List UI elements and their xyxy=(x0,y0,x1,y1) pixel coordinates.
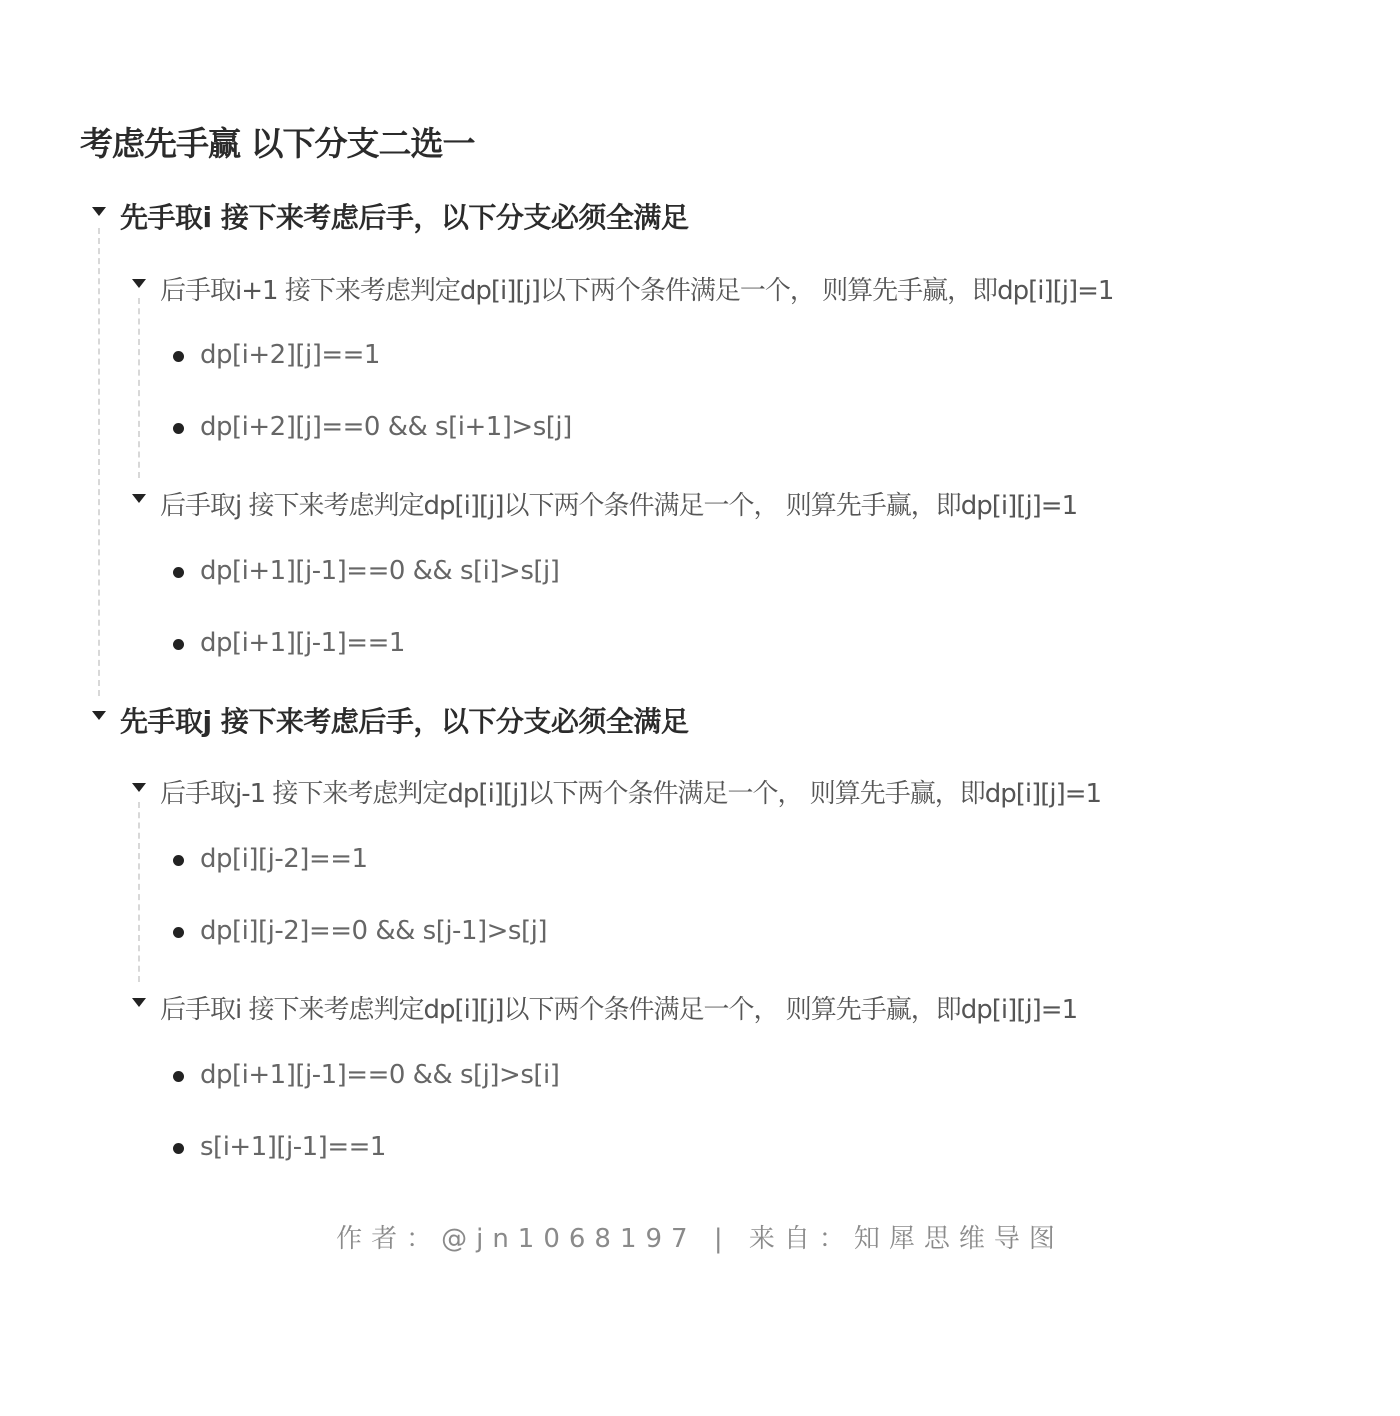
bullet-dot-icon xyxy=(173,927,184,938)
triangle-down-icon[interactable] xyxy=(132,998,146,1007)
bullet-dot-icon xyxy=(173,1143,184,1154)
condition-item[interactable]: dp[i+1][j-1]==0 && s[j]>s[i] xyxy=(200,1060,559,1090)
branch-2-1-guide-line xyxy=(138,802,140,982)
condition-item[interactable]: dp[i+2][j]==1 xyxy=(200,340,380,370)
bullet-dot-icon xyxy=(173,351,184,362)
branch-1-guide-line xyxy=(98,228,100,696)
branch-2-label[interactable]: 先手取j 接下来考虑后手，以下分支必须全满足 xyxy=(120,700,688,740)
branch-1-2-label[interactable]: 后手取j 接下来考虑判定dp[i][j]以下两个条件满足一个， 则算先手赢，即d… xyxy=(160,485,1077,522)
condition-item[interactable]: dp[i+2][j]==0 && s[i+1]>s[j] xyxy=(200,412,572,442)
page-title: 考虑先手赢 以下分支二选一 xyxy=(80,118,475,165)
branch-1-label[interactable]: 先手取i 接下来考虑后手，以下分支必须全满足 xyxy=(120,196,688,236)
branch-1-1-guide-line xyxy=(138,298,140,478)
condition-item[interactable]: s[i+1][j-1]==1 xyxy=(200,1132,386,1162)
triangle-down-icon[interactable] xyxy=(132,494,146,503)
bullet-dot-icon xyxy=(173,639,184,650)
triangle-down-icon[interactable] xyxy=(132,783,146,792)
bullet-dot-icon xyxy=(173,423,184,434)
bullet-dot-icon xyxy=(173,567,184,578)
branch-2-1-label[interactable]: 后手取j-1 接下来考虑判定dp[i][j]以下两个条件满足一个， 则算先手赢，… xyxy=(160,773,1101,810)
triangle-down-icon[interactable] xyxy=(92,711,106,720)
bullet-dot-icon xyxy=(173,855,184,866)
condition-item[interactable]: dp[i+1][j-1]==1 xyxy=(200,628,405,658)
author-footer: 作者：@jn1068197 | 来自：知犀思维导图 xyxy=(0,1218,1400,1255)
mindmap-outline-page: 考虑先手赢 以下分支二选一 先手取i 接下来考虑后手，以下分支必须全满足 后手取… xyxy=(0,0,1400,1416)
condition-item[interactable]: dp[i][j-2]==0 && s[j-1]>s[j] xyxy=(200,916,547,946)
condition-item[interactable]: dp[i][j-2]==1 xyxy=(200,844,368,874)
triangle-down-icon[interactable] xyxy=(132,279,146,288)
triangle-down-icon[interactable] xyxy=(92,207,106,216)
bullet-dot-icon xyxy=(173,1071,184,1082)
branch-1-1-label[interactable]: 后手取i+1 接下来考虑判定dp[i][j]以下两个条件满足一个， 则算先手赢，… xyxy=(160,270,1113,307)
branch-2-2-label[interactable]: 后手取i 接下来考虑判定dp[i][j]以下两个条件满足一个， 则算先手赢，即d… xyxy=(160,989,1077,1026)
condition-item[interactable]: dp[i+1][j-1]==0 && s[i]>s[j] xyxy=(200,556,559,586)
